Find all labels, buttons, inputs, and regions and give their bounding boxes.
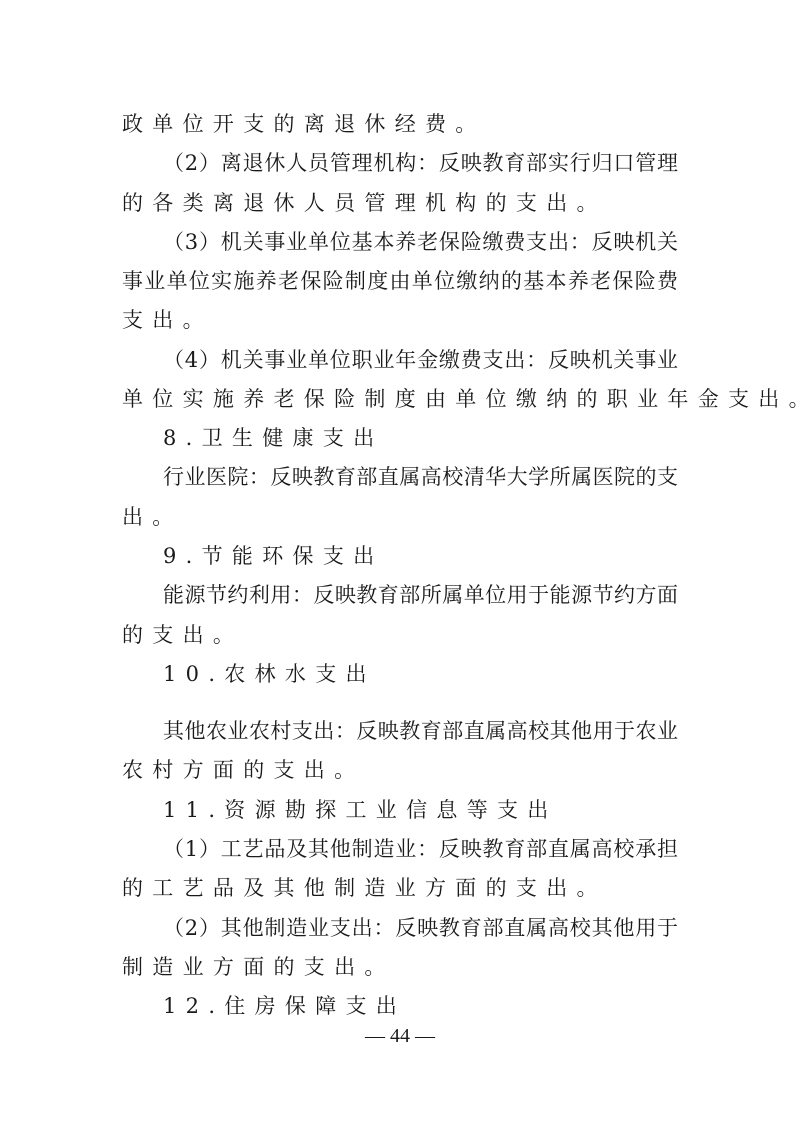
text-line: 9.节能环保支出 [163,542,678,570]
text-line: 出。 [122,503,678,531]
text-line: 支出。 [122,306,678,334]
text-line: 其他农业农村支出：反映教育部直属高校其他用于农业 [163,717,678,745]
text-line: 10.农林水支出 [163,660,678,688]
text-line: 农村方面的支出。 [122,756,678,784]
text-line: 的各类离退休人员管理机构的支出。 [122,189,678,217]
text-line: （2）其他制造业支出：反映教育部直属高校其他用于 [163,914,678,942]
text-line: 12.住房保障支出 [163,992,678,1020]
text-line: 事业单位实施养老保险制度由单位缴纳的基本养老保险费 [122,267,678,295]
text-line: 政单位开支的离退休经费。 [122,110,678,138]
text-line: 8.卫生健康支出 [163,424,678,452]
text-line: 单位实施养老保险制度由单位缴纳的职业年金支出。 [122,385,678,413]
text-line: 能源节约利用：反映教育部所属单位用于能源节约方面 [163,581,678,609]
text-line: （2）离退休人员管理机构：反映教育部实行归口管理 [163,149,678,177]
text-line: 的支出。 [122,621,678,649]
text-line: 的工艺品及其他制造业方面的支出。 [122,874,678,902]
text-line: （3）机关事业单位基本养老保险缴费支出：反映机关 [163,228,678,256]
page-number: — 44 — [0,1023,800,1049]
text-line: （1）工艺品及其他制造业：反映教育部直属高校承担 [163,835,678,863]
text-line: 11.资源勘探工业信息等支出 [163,796,678,824]
text-line: （4）机关事业单位职业年金缴费支出：反映机关事业 [163,346,678,374]
text-line: 行业医院：反映教育部直属高校清华大学所属医院的支 [163,463,678,491]
text-line: 制造业方面的支出。 [122,953,678,981]
document-page: 政单位开支的离退休经费。（2）离退休人员管理机构：反映教育部实行归口管理的各类离… [0,0,800,1131]
